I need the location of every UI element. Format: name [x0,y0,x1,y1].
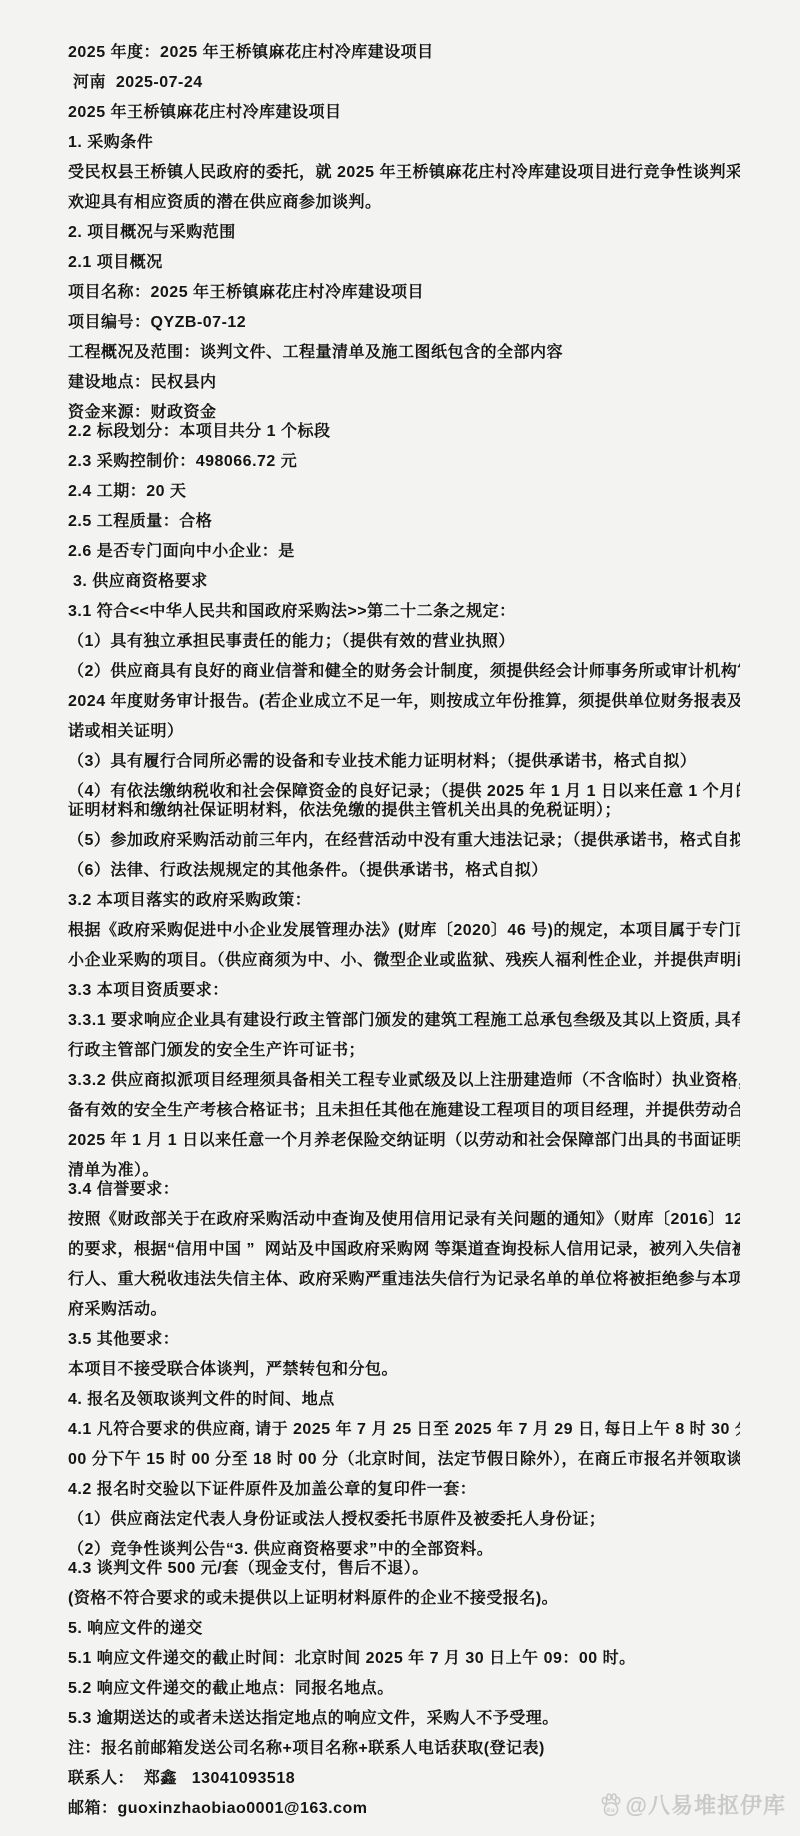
para-3-3-2-line-1: 3.3.2 供应商拟派项目经理须具备相关工程专业贰级及以上注册建造师（不含临时）… [68,1066,740,1096]
item-3-1-1: （1）具有独立承担民事责任的能力；（提供有效的营业执照） [68,627,740,657]
para-4-1-line-1: 4.1 凡符合要求的供应商, 请于 2025 年 7 月 25 日至 2025 … [68,1415,740,1445]
para-5-2: 5.2 响应文件递交的截止地点：同报名地点。 [68,1674,740,1704]
project-name: 项目名称：2025 年王桥镇麻花庄村冷库建设项目 [68,278,740,308]
para-3-2-line-2: 小企业采购的项目。（供应商须为中、小、微型企业或监狱、残疾人福利性企业，并提供声… [68,946,740,976]
section-2-heading: 2. 项目概况与采购范围 [68,218,740,248]
para-3-5: 本项目不接受联合体谈判，严禁转包和分包。 [68,1355,740,1385]
section-3-5: 3.5 其他要求： [68,1325,740,1355]
watermark-text: @八易堆抠伊库 [626,1789,786,1820]
item-3-1-2-line-1: （2）供应商具有良好的商业信誉和健全的财务会计制度，须提供经会计师事务所或审计机… [68,657,740,687]
procurement-announcement-document: 2025 年度：2025 年王桥镇麻花庄村冷库建设项目 河南 2025-07-2… [0,0,800,1836]
section-4-heading: 4. 报名及领取谈判文件的时间、地点 [68,1385,740,1415]
para-3-3-1-line-2: 行政主管部门颁发的安全生产许可证书； [68,1036,740,1066]
note-registration: 注：报名前邮箱发送公司名称+项目名称+联系人电话获取(登记表) [68,1734,740,1764]
meta-region-date: 河南 2025-07-24 [68,68,740,98]
para-3-4-line-2: 的要求，根据“信用中国 ” 网站及中国政府采购网 等渠道查询投标人信用记录，被列… [68,1235,740,1265]
para-3-3-2-line-3: 2025 年 1 月 1 日以来任意一个月养老保险交纳证明（以劳动和社会保障部门… [68,1126,740,1156]
para-3-3-2-line-2: 备有效的安全生产考核合格证书；且未担任其他在施建设工程项目的项目经理，并提供劳动… [68,1096,740,1126]
section-4-3: 4.3 谈判文件 500 元/套（现金支付，售后不退）。 [68,1554,740,1584]
section-3-1: 3.1 符合<<中华人民共和国政府采购法>>第二十二条之规定： [68,597,740,627]
section-3-2: 3.2 本项目落实的政府采购政策： [68,886,740,916]
project-location: 建设地点：民权县内 [68,368,740,398]
para-5-3: 5.3 逾期送达的或者未送达指定地点的响应文件，采购人不予受理。 [68,1704,740,1734]
para-3-4-line-1: 按照《财政部关于在政府采购活动中查询及使用信用记录有关问题的通知》（财库〔201… [68,1205,740,1235]
para-3-4-line-3: 行人、重大税收违法失信主体、政府采购严重违法失信行为记录名单的单位将被拒绝参与本… [68,1265,740,1295]
para-3-4-line-4: 府采购活动。 [68,1295,740,1325]
section-5-heading: 5. 响应文件的递交 [68,1614,740,1644]
para-3-3-1-line-1: 3.3.1 要求响应企业具有建设行政主管部门颁发的建筑工程施工总承包叁级及其以上… [68,1006,740,1036]
section-3-4: 3.4 信誉要求： [68,1175,740,1205]
section-4-2: 4.2 报名时交验以下证件原件及加盖公章的复印件一套： [68,1475,740,1505]
section-3-3: 3.3 本项目资质要求： [68,976,740,1006]
para-1-line-2: 欢迎具有相应资质的潜在供应商参加谈判。 [68,188,740,218]
project-scope: 工程概况及范围：谈判文件、工程量清单及施工图纸包含的全部内容 [68,338,740,368]
section-2-3: 2.3 采购控制价：498066.72 元 [68,447,740,477]
section-1-heading: 1. 采购条件 [68,128,740,158]
project-number: 项目编号：QYZB-07-12 [68,308,740,338]
section-2-4: 2.4 工期：20 天 [68,477,740,507]
para-4-1-line-2: 00 分下午 15 时 00 分至 18 时 00 分（北京时间，法定节假日除外… [68,1445,740,1475]
item-4-2-1: （1）供应商法定代表人身份证或法人授权委托书原件及被委托人身份证； [68,1505,740,1535]
section-2-6: 2.6 是否专门面向中小企业：是 [68,537,740,567]
section-2-1-heading: 2.1 项目概况 [68,248,740,278]
watermark: du @八易堆抠伊库 [598,1789,786,1820]
section-2-5: 2.5 工程质量：合格 [68,507,740,537]
item-3-1-3: （3）具有履行合同所必需的设备和专业技术能力证明材料；（提供承诺书，格式自拟） [68,747,740,777]
section-2-2: 2.2 标段划分：本项目共分 1 个标段 [68,417,740,447]
item-3-1-2-line-2: 2024 年度财务审计报告。(若企业成立不足一年，则按成立年份推算，须提供单位财… [68,687,740,717]
para-4-note: (资格不符合要求的或未提供以上证明材料原件的企业不接受报名)。 [68,1584,740,1614]
para-5-1: 5.1 响应文件递交的截止时间：北京时间 2025 年 7 月 30 日上午 0… [68,1644,740,1674]
item-3-1-6: （6）法律、行政法规规定的其他条件。（提供承诺书，格式自拟） [68,856,740,886]
baidu-paw-icon: du [598,1792,624,1818]
item-3-1-2-line-3: 诺或相关证明） [68,717,740,747]
item-3-1-5: （5）参加政府采购活动前三年内，在经营活动中没有重大违法记录；（提供承诺书，格式… [68,826,740,856]
doc-title: 2025 年王桥镇麻花庄村冷库建设项目 [68,98,740,128]
para-1-line-1: 受民权县王桥镇人民政府的委托，就 2025 年王桥镇麻花庄村冷库建设项目进行竞争… [68,158,740,188]
section-3-heading: 3. 供应商资格要求 [68,567,740,597]
svg-text:du: du [606,1808,615,1814]
list-title: 2025 年度：2025 年王桥镇麻花庄村冷库建设项目 [68,38,740,68]
para-3-2-line-1: 根据《政府采购促进中小企业发展管理办法》(财库〔2020〕46 号)的规定，本项… [68,916,740,946]
